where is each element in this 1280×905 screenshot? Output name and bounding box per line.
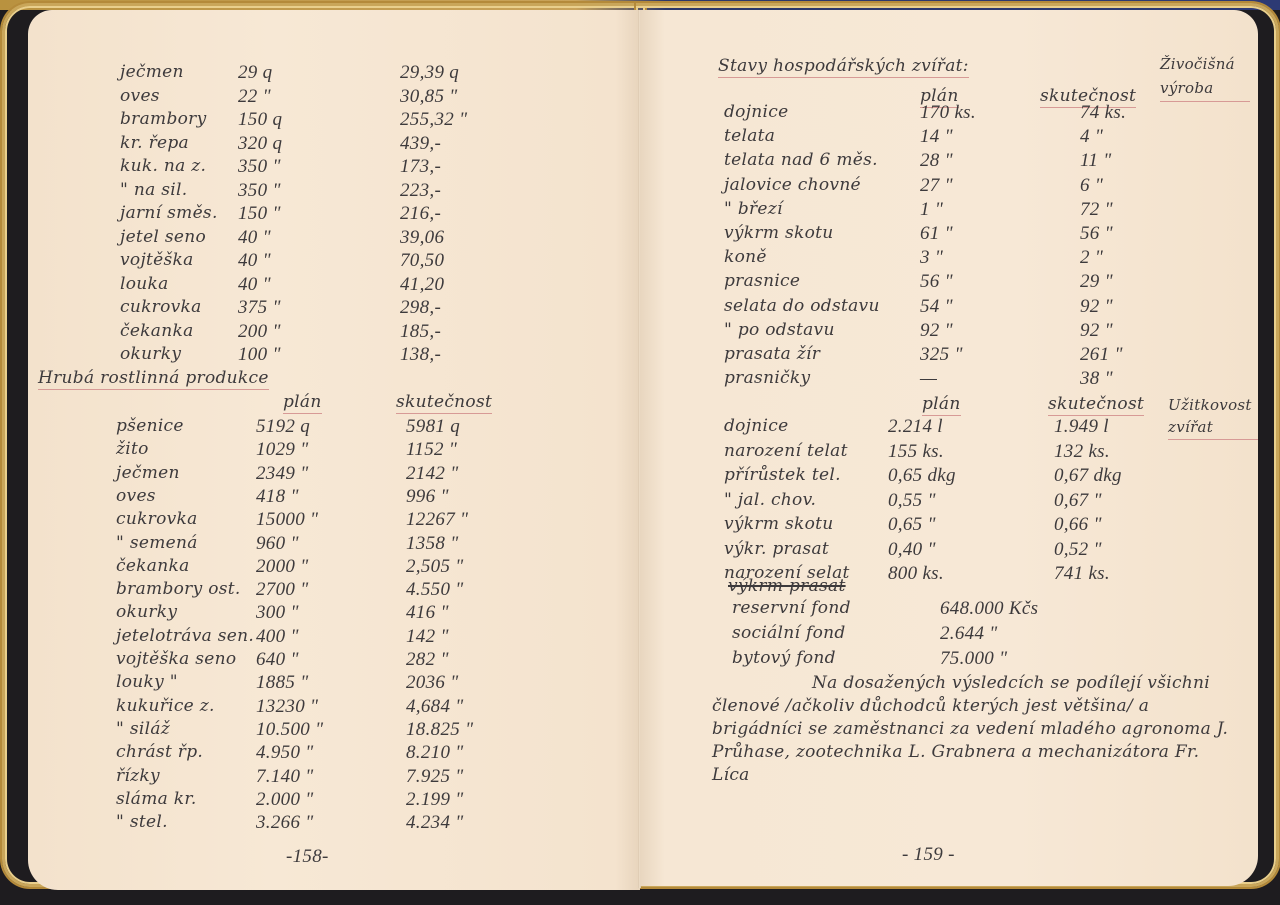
crop-name: čekanka — [120, 321, 194, 341]
actual-value: 185,- — [400, 321, 441, 343]
actual-value: 0,66 " — [1054, 514, 1102, 536]
crop-name: sláma kr. — [116, 789, 197, 809]
actual-value: 56 " — [1080, 223, 1113, 245]
crop-name: brambory ost. — [116, 579, 241, 599]
actual-value: 4.234 " — [406, 812, 464, 834]
plan-value: 325 " — [920, 344, 963, 366]
fund-value: 2.644 " — [940, 623, 998, 645]
actual-value: 11 " — [1080, 150, 1112, 172]
fund-name: bytový fond — [732, 648, 836, 668]
actual-value: 30,85 " — [400, 86, 458, 108]
plan-value: 150 " — [238, 203, 281, 225]
plan-value: 28 " — [920, 150, 953, 172]
plan-value: 350 " — [238, 156, 281, 178]
crop-name: " semená — [116, 533, 198, 553]
actual-value: 132 ks. — [1054, 441, 1110, 463]
plan-value: 3.266 " — [256, 812, 314, 834]
crop-name: louky " — [116, 672, 178, 692]
left-page: ječmen29 q29,39 qoves22 "30,85 "brambory… — [28, 10, 640, 890]
page-number: -158- — [286, 846, 329, 868]
plan-value: 40 " — [238, 250, 271, 272]
plan-value: 418 " — [256, 486, 299, 508]
crop-name: kuk. na z. — [120, 156, 206, 176]
crop-name: oves — [116, 486, 156, 506]
actual-value: 2036 " — [406, 672, 459, 694]
crop-name: cukrovka — [116, 509, 198, 529]
plan-value: 14 " — [920, 126, 953, 148]
livestock-item: koně — [724, 247, 767, 267]
crop-name: žito — [116, 439, 149, 459]
actual-value: 7.925 " — [406, 766, 464, 788]
crop-name: vojtěška seno — [116, 649, 236, 669]
plan-value: 1029 " — [256, 439, 309, 461]
actual-value: 996 " — [406, 486, 449, 508]
crop-name: kukuřice z. — [116, 696, 215, 716]
plan-value: 13230 " — [256, 696, 318, 718]
summary-paragraph: Na dosažených výsledcích se podílejí vši… — [712, 672, 1232, 787]
actual-value: 4 " — [1080, 126, 1103, 148]
plan-value: 2700 " — [256, 579, 309, 601]
plan-value: 155 ks. — [888, 441, 944, 463]
actual-value: 261 " — [1080, 344, 1123, 366]
plan-value: 5192 q — [256, 416, 310, 438]
actual-value: 18.825 " — [406, 719, 473, 741]
actual-value: 6 " — [1080, 175, 1103, 197]
plan-value: 2.214 l — [888, 416, 943, 438]
margin-label-productivity: Užitkovost zvířat — [1168, 394, 1258, 440]
actual-value: 1358 " — [406, 533, 459, 555]
actual-value: 8.210 " — [406, 742, 464, 764]
col-plan-header: plán — [283, 392, 322, 414]
actual-value: 2,505 " — [406, 556, 464, 578]
plan-value: 640 " — [256, 649, 299, 671]
open-notebook: ječmen29 q29,39 qoves22 "30,85 "brambory… — [0, 0, 1280, 905]
crop-name: čekanka — [116, 556, 190, 576]
livestock-heading: Stavy hospodářských zvířat: — [718, 56, 969, 78]
crop-name: jetelotráva sen. — [116, 626, 254, 646]
productivity-item: výkr. prasat — [724, 539, 829, 559]
actual-value: 223,- — [400, 180, 441, 202]
productivity-item: výkrm skotu — [724, 514, 834, 534]
actual-value: 29,39 q — [400, 62, 459, 84]
actual-value: 1.949 l — [1054, 416, 1109, 438]
crop-name: ječmen — [116, 463, 180, 483]
actual-value: 2.199 " — [406, 789, 464, 811]
crop-name: " stel. — [116, 812, 168, 832]
struck-line: výkrm prasat — [728, 576, 846, 596]
livestock-item: jalovice chovné — [724, 175, 861, 195]
actual-value: 0,67 dkg — [1054, 465, 1122, 487]
plan-value: 350 " — [238, 180, 281, 202]
plan-value: 170 ks. — [920, 102, 976, 124]
fund-name: sociální fond — [732, 623, 846, 643]
actual-value: 29 " — [1080, 271, 1113, 293]
actual-value: 142 " — [406, 626, 449, 648]
fund-name: reservní fond — [732, 598, 851, 618]
plan-value: 15000 " — [256, 509, 318, 531]
plan-value: 92 " — [920, 320, 953, 342]
actual-value: 4.550 " — [406, 579, 464, 601]
plan-value: 0,55 " — [888, 490, 936, 512]
crop-name: brambory — [120, 109, 207, 129]
livestock-item: výkrm skotu — [724, 223, 834, 243]
page-number: - 159 - — [902, 844, 955, 866]
plan-value: 4.950 " — [256, 742, 314, 764]
plan-value: 40 " — [238, 227, 271, 249]
crop-name: jarní směs. — [120, 203, 218, 223]
actual-value: 0,52 " — [1054, 539, 1102, 561]
actual-value: 2142 " — [406, 463, 459, 485]
plan-value: 320 q — [238, 133, 282, 155]
fund-value: 648.000 Kčs — [940, 598, 1038, 620]
plan-value: — — [920, 368, 937, 390]
plan-value: 0,65 dkg — [888, 465, 956, 487]
livestock-item: " březí — [724, 199, 783, 219]
livestock-item: prasničky — [724, 368, 810, 388]
livestock-item: telata — [724, 126, 775, 146]
livestock-item: prasata žír — [724, 344, 820, 364]
actual-value: 138,- — [400, 344, 441, 366]
actual-value: 216,- — [400, 203, 441, 225]
actual-value: 72 " — [1080, 199, 1113, 221]
actual-value: 41,20 — [400, 274, 444, 296]
productivity-item: " jal. chov. — [724, 490, 816, 510]
crop-name: cukrovka — [120, 297, 202, 317]
livestock-item: prasnice — [724, 271, 800, 291]
plan-value: 3 " — [920, 247, 943, 269]
plan-value: 61 " — [920, 223, 953, 245]
actual-value: 2 " — [1080, 247, 1103, 269]
col-actual-header-2: skutečnost — [1048, 394, 1144, 416]
plan-value: 0,65 " — [888, 514, 936, 536]
crop-name: " siláž — [116, 719, 170, 739]
actual-value: 0,67 " — [1054, 490, 1102, 512]
crop-name: okurky — [116, 602, 177, 622]
plan-value: 22 " — [238, 86, 271, 108]
actual-value: 70,50 — [400, 250, 444, 272]
plan-value: 2349 " — [256, 463, 309, 485]
crop-name: kr. řepa — [120, 133, 189, 153]
plan-value: 56 " — [920, 271, 953, 293]
crop-name: chrást řp. — [116, 742, 203, 762]
actual-value: 173,- — [400, 156, 441, 178]
plan-value: 27 " — [920, 175, 953, 197]
crop-name: oves — [120, 86, 160, 106]
actual-value: 12267 " — [406, 509, 468, 531]
plan-value: 29 q — [238, 62, 272, 84]
actual-value: 92 " — [1080, 320, 1113, 342]
actual-value: 255,32 " — [400, 109, 467, 131]
actual-value: 92 " — [1080, 296, 1113, 318]
actual-value: 4,684 " — [406, 696, 464, 718]
crop-name: pšenice — [116, 416, 184, 436]
crop-name: " na sil. — [120, 180, 187, 200]
crop-name: okurky — [120, 344, 181, 364]
actual-value: 439,- — [400, 133, 441, 155]
fund-value: 75.000 " — [940, 648, 1007, 670]
plan-value: 100 " — [238, 344, 281, 366]
actual-value: 5981 q — [406, 416, 460, 438]
actual-value: 74 ks. — [1080, 102, 1126, 124]
right-page: Stavy hospodářských zvířat: Živočišná vý… — [640, 10, 1258, 886]
plan-value: 300 " — [256, 602, 299, 624]
crop-name: jetel seno — [120, 227, 206, 247]
actual-value: 39,06 — [400, 227, 444, 249]
crop-name: ječmen — [120, 62, 184, 82]
plan-value: 54 " — [920, 296, 953, 318]
plan-value: 400 " — [256, 626, 299, 648]
plan-value: 7.140 " — [256, 766, 314, 788]
plan-value: 1 " — [920, 199, 943, 221]
plan-value: 960 " — [256, 533, 299, 555]
plan-value: 150 q — [238, 109, 282, 131]
plan-value: 200 " — [238, 321, 281, 343]
plan-value: 800 ks. — [888, 563, 944, 585]
actual-value: 282 " — [406, 649, 449, 671]
plan-value: 1885 " — [256, 672, 309, 694]
plan-value: 2.000 " — [256, 789, 314, 811]
actual-value: 298,- — [400, 297, 441, 319]
plan-value: 375 " — [238, 297, 281, 319]
col-plan-header-2: plán — [922, 394, 961, 416]
livestock-item: " po odstavu — [724, 320, 835, 340]
actual-value: 1152 " — [406, 439, 457, 461]
crop-name: vojtěška — [120, 250, 194, 270]
col-actual-header: skutečnost — [396, 392, 492, 414]
actual-value: 741 ks. — [1054, 563, 1110, 585]
productivity-item: narození telat — [724, 441, 848, 461]
livestock-item: telata nad 6 měs. — [724, 150, 878, 170]
productivity-item: dojnice — [724, 416, 788, 436]
margin-label-animal-production: Živočišná výroba — [1160, 52, 1250, 102]
actual-value: 416 " — [406, 602, 449, 624]
section-heading: Hrubá rostlinná produkce — [38, 368, 269, 390]
livestock-item: dojnice — [724, 102, 788, 122]
productivity-item: přírůstek tel. — [724, 465, 841, 485]
plan-value: 40 " — [238, 274, 271, 296]
crop-name: řízky — [116, 766, 160, 786]
livestock-item: selata do odstavu — [724, 296, 880, 316]
actual-value: 38 " — [1080, 368, 1113, 390]
plan-value: 10.500 " — [256, 719, 323, 741]
crop-name: louka — [120, 274, 169, 294]
plan-value: 2000 " — [256, 556, 309, 578]
plan-value: 0,40 " — [888, 539, 936, 561]
